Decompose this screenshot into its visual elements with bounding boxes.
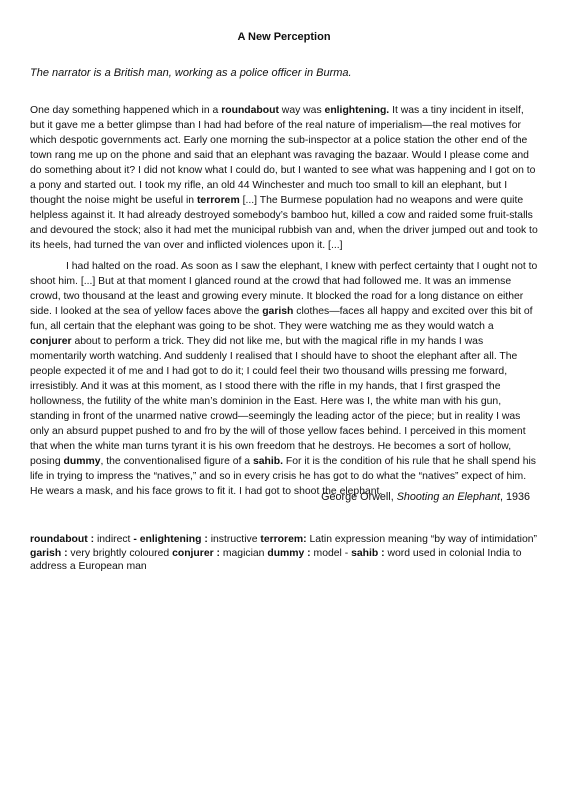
intro-note: The narrator is a British man, working a… <box>30 67 538 79</box>
text-run: It was a tiny incident in itself, but it… <box>30 105 535 206</box>
text-run: instructive <box>208 534 261 545</box>
text-run: magician <box>220 548 267 559</box>
text-run: One day something happened which in a <box>30 105 221 116</box>
bold-term: roundabout <box>221 105 279 116</box>
text-run: about to perform a trick. They did not l… <box>30 336 526 467</box>
bold-term: sahib : <box>351 548 385 559</box>
citation-author: George Orwell, <box>321 491 397 503</box>
bold-term: roundabout : <box>30 534 94 545</box>
text-run: indirect <box>94 534 133 545</box>
paragraph-1: One day something happened which in a ro… <box>30 103 538 253</box>
text-run: Latin expression meaning “by way of inti… <box>307 534 537 545</box>
bold-term: dummy : <box>267 548 310 559</box>
excerpt-body: One day something happened which in a ro… <box>30 103 538 499</box>
text-run: way was <box>279 105 325 116</box>
text-run: , the conventionalised figure of a <box>100 456 253 467</box>
text-run: very brightly coloured <box>68 548 173 559</box>
text-run: model - <box>311 548 351 559</box>
bold-term: - enlightening : <box>133 534 207 545</box>
bold-term: conjurer <box>30 336 72 347</box>
paragraph-2: I had halted on the road. As soon as I s… <box>30 259 538 499</box>
bold-term: enlightening. <box>325 105 390 116</box>
bold-term: conjurer : <box>172 548 220 559</box>
citation-work: Shooting an Elephant <box>397 491 500 503</box>
bold-term: terrorem <box>197 195 240 206</box>
bold-term: garish : <box>30 548 68 559</box>
document-title: A New Perception <box>30 31 538 43</box>
bold-term: garish <box>262 306 293 317</box>
citation: George Orwell, Shooting an Elephant, 193… <box>30 491 530 503</box>
citation-year: , 1936 <box>500 491 530 503</box>
bold-term: sahib. <box>253 456 283 467</box>
bold-term: terrorem: <box>260 534 306 545</box>
glossary: roundabout : indirect - enlightening : i… <box>30 533 538 574</box>
bold-term: dummy <box>64 456 101 467</box>
